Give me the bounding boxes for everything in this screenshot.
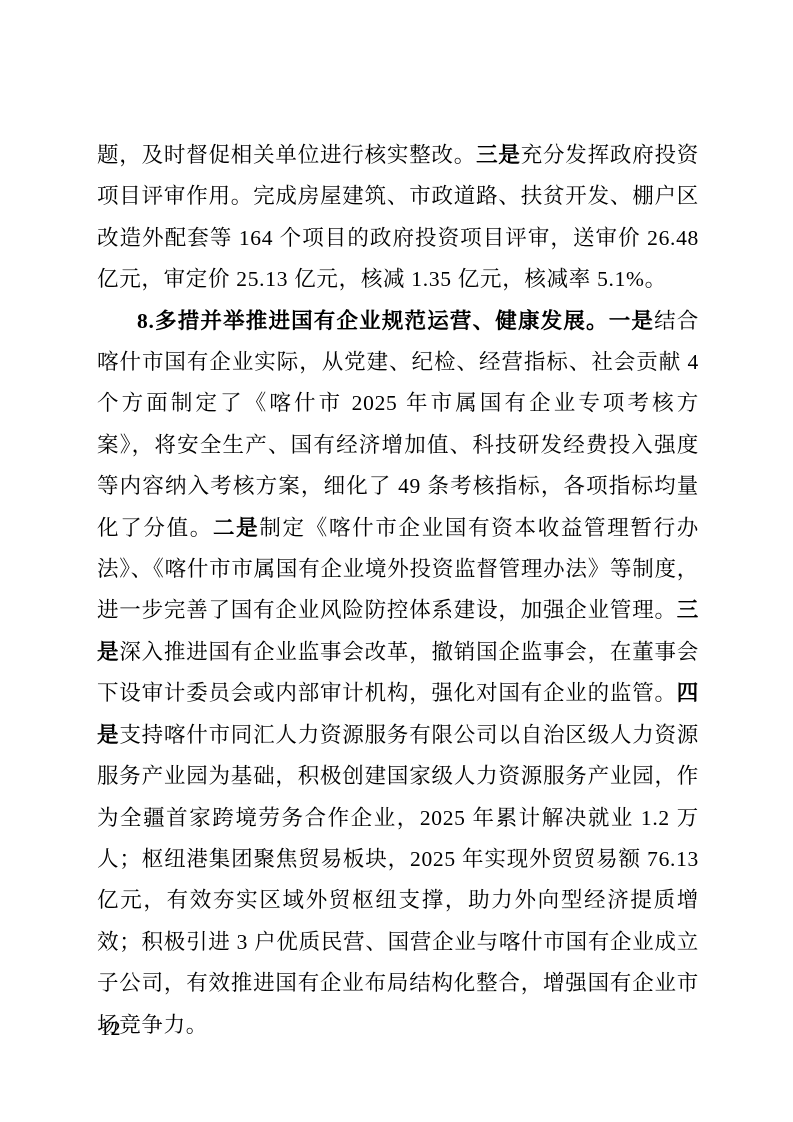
text-run: 结合喀什市国有企业实际，从党建、纪检、经营指标、社会贡献 4 个方面制定了《喀什… [97, 309, 699, 540]
document-page: 题，及时督促相关单位进行核实整改。三是充分发挥政府投资项目评审作用。完成房屋建筑… [0, 0, 793, 1122]
bold-text-run: 一是 [609, 309, 654, 333]
bold-text-run: 8.多措并举推进国有企业规范运营、健康发展。 [137, 309, 609, 333]
text-run: 题，及时督促相关单位进行核实整改。 [97, 143, 476, 167]
text-run: 支持喀什市同汇人力资源服务有限公司以自治区级人力资源服务产业园为基础，积极创建国… [97, 723, 699, 1037]
bold-text-run: 二是 [213, 516, 259, 540]
document-body: 题，及时督促相关单位进行核实整改。三是充分发挥政府投资项目评审作用。完成房屋建筑… [97, 135, 699, 1046]
paragraph: 8.多措并举推进国有企业规范运营、健康发展。一是结合喀什市国有企业实际，从党建、… [97, 301, 699, 1046]
page-number: 12 [100, 1017, 121, 1041]
text-run: 深入推进国有企业监事会改革，撤销国企监事会，在董事会下设审计委员会或内部审计机构… [97, 640, 699, 705]
bold-text-run: 三是 [476, 143, 521, 167]
paragraph: 题，及时督促相关单位进行核实整改。三是充分发挥政府投资项目评审作用。完成房屋建筑… [97, 135, 699, 301]
